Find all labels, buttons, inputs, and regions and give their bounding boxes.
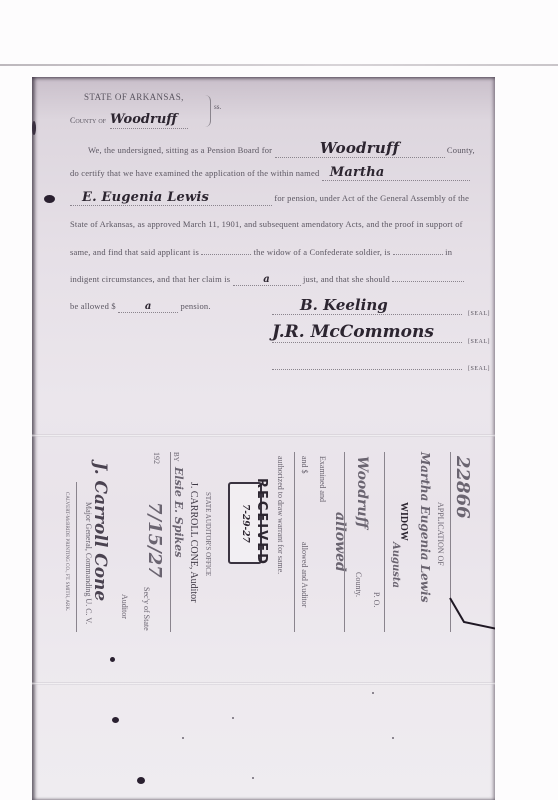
- board-signature-1: B. Keeling: [300, 296, 388, 314]
- and-dollar-label: and $: [300, 456, 309, 474]
- county-line: County of Woodruff: [70, 110, 188, 129]
- rule-line: [294, 452, 295, 632]
- county-handwritten: Woodruff: [354, 456, 370, 528]
- pension-amount-field: a: [118, 301, 178, 313]
- seal-label: [SEAL]: [468, 339, 490, 345]
- signature-line-1: B. Keeling [SEAL]: [272, 292, 462, 315]
- certificate-line-3: E. Eugenia Lewis for pension, under Act …: [70, 190, 475, 206]
- examined-handwritten: allowed: [332, 512, 348, 572]
- date-handwritten: 7/15/27: [144, 502, 165, 578]
- paper-fold: [32, 434, 495, 437]
- state-heading: STATE OF ARKANSAS,: [84, 92, 184, 102]
- post-office-handwritten: Augusta: [390, 542, 401, 588]
- applicant-first-name-field: Martha: [322, 165, 470, 181]
- rule-line: [76, 482, 77, 632]
- blank-field: [201, 254, 251, 255]
- ink-spot: [137, 777, 145, 784]
- line-text: pension.: [181, 301, 211, 311]
- printer-line: CALVERT-McBRIDE PRINTING CO., FT. SMITH,…: [64, 492, 69, 611]
- claim-mark: a: [263, 274, 270, 285]
- authorized-text: authorized to draw warrant for same.: [276, 456, 285, 574]
- line-text: the widow of a Confederate soldier, is: [254, 247, 391, 257]
- applicant-name-field: E. Eugenia Lewis: [70, 190, 272, 206]
- applicant-name-back: Martha Eugenia Lewis: [418, 452, 432, 602]
- claim-field: a: [233, 274, 301, 286]
- pension-amount-mark: a: [145, 301, 152, 312]
- seal-label: [SEAL]: [468, 366, 490, 372]
- received-date: 7-29-27: [240, 504, 250, 543]
- by-label: BY: [172, 452, 180, 462]
- line-text: in: [445, 247, 452, 257]
- scanner-bed-edge: [0, 64, 558, 66]
- line-text: do certify that we have examined the app…: [70, 168, 319, 178]
- speck: [182, 737, 184, 739]
- line-text: County,: [447, 145, 475, 155]
- certificate-line-1: We, the undersigned, sitting as a Pensio…: [88, 139, 475, 158]
- line-text: for pension, under Act of the General As…: [274, 193, 469, 203]
- speck: [392, 737, 394, 739]
- pension-board-certificate: STATE OF ARKANSAS, County of Woodruff ss…: [32, 77, 495, 432]
- post-office-label: P. O.: [372, 592, 381, 607]
- line-text: be allowed $: [70, 301, 116, 311]
- application-back-panel: CALVERT-McBRIDE PRINTING CO., FT. SMITH,…: [32, 442, 495, 702]
- rule-line: [170, 452, 171, 632]
- board-signature-2: J.R. McCommons: [272, 322, 434, 342]
- speck: [252, 777, 254, 779]
- board-county-field: Woodruff: [275, 139, 445, 158]
- paper-fold: [32, 682, 495, 685]
- ink-blot: [44, 195, 55, 203]
- application-of-label: APPLICATION OF: [436, 502, 445, 566]
- auditor-label: Auditor: [120, 594, 129, 619]
- certificate-line-2: do certify that we have examined the app…: [70, 165, 475, 181]
- ink-spot: [112, 717, 119, 723]
- office-label: STATE AUDITOR'S OFFICE: [204, 492, 212, 576]
- certificate-line-6: indigent circumstances, and that her cla…: [70, 274, 475, 286]
- county-prefix: County of: [70, 116, 106, 125]
- ink-spot: [110, 657, 115, 662]
- certificate-line-5: same, and find that said applicant is th…: [70, 247, 475, 257]
- year-field-a: 192: [152, 452, 161, 464]
- ink-smudge: [32, 121, 36, 135]
- board-county-handwritten: Woodruff: [320, 139, 399, 157]
- line-text: same, and find that said applicant is: [70, 247, 199, 257]
- line-text: indigent circumstances, and that her cla…: [70, 274, 230, 284]
- received-stamp-label: RECEIVED: [254, 478, 269, 566]
- rule-line: [384, 452, 385, 632]
- widow-label: WIDOW: [398, 502, 409, 541]
- auditor-name: J. CARROLL CONE, Auditor: [188, 482, 199, 602]
- ss-mark: ss.: [214, 103, 221, 111]
- pension-document: STATE OF ARKANSAS, County of Woodruff ss…: [32, 77, 495, 800]
- signature-line-2: J.R. McCommons [SEAL]: [272, 320, 462, 343]
- sec-of-state-label: Sec'y of State: [142, 587, 151, 631]
- line-text: just, and that she should: [303, 274, 390, 284]
- blank-field: [393, 254, 443, 255]
- allowed-label: allowed and Auditor: [300, 542, 309, 607]
- line-text: We, the undersigned, sitting as a Pensio…: [88, 145, 272, 155]
- rule-line: [344, 452, 345, 632]
- applicant-first-name: Martha: [330, 165, 385, 180]
- county-field: Woodruff: [110, 110, 188, 129]
- file-number: 22866: [452, 456, 473, 519]
- applicant-name-handwritten: E. Eugenia Lewis: [82, 190, 209, 205]
- check-mark-icon: [446, 592, 495, 632]
- county-handwritten: Woodruff: [110, 112, 177, 127]
- speck: [232, 717, 234, 719]
- speck: [372, 692, 374, 694]
- signature-line-3: [SEAL]: [272, 347, 462, 370]
- by-signature: Elsie E. Spikes: [172, 467, 185, 557]
- brace: [204, 95, 211, 127]
- certificate-line-4: State of Arkansas, as approved March 11,…: [70, 219, 475, 229]
- auditor-signature-scrawl: J. Carroll Cone: [90, 462, 110, 601]
- blank-field: [392, 281, 464, 282]
- examined-label: Examined and: [318, 456, 327, 502]
- seal-label: [SEAL]: [468, 311, 490, 317]
- county-label: County.: [354, 572, 363, 597]
